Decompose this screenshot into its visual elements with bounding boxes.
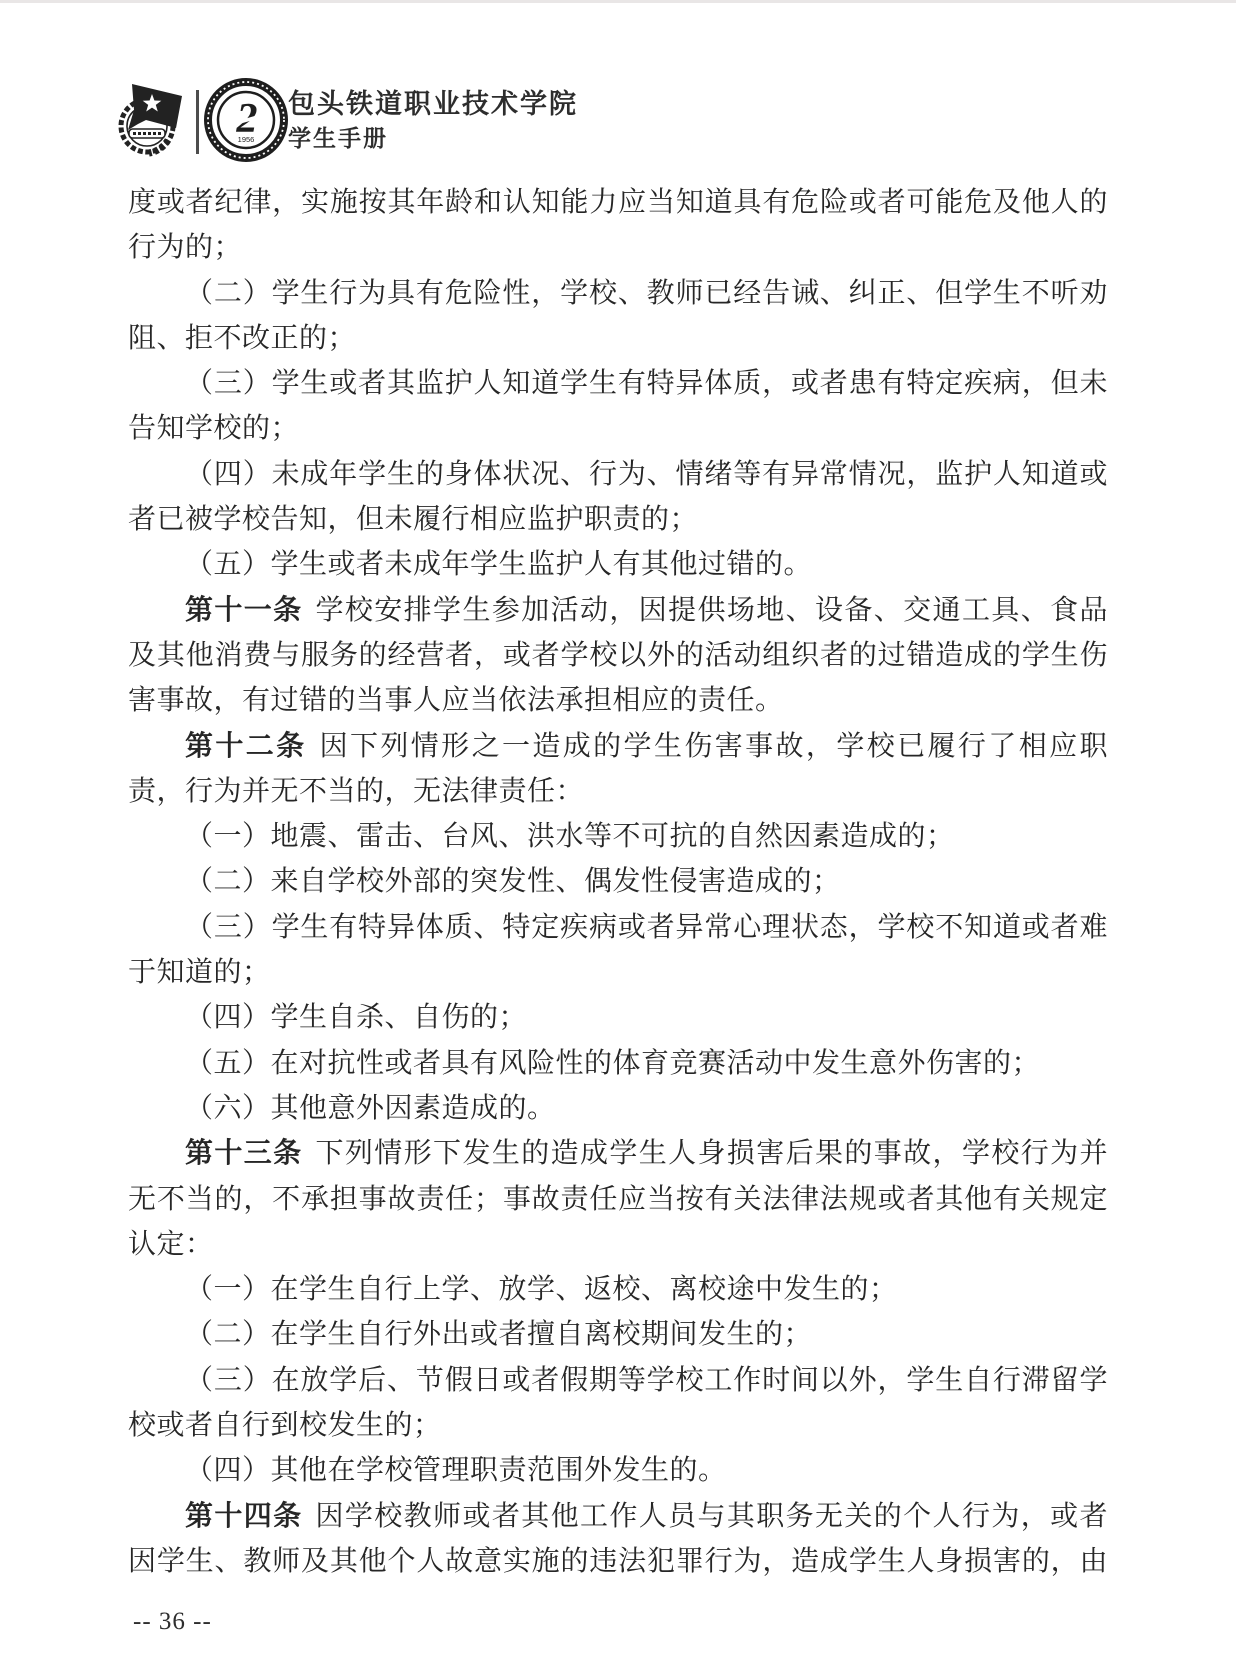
text-line: （三）在放学后、节假日或者假期等学校工作时间以外，学生自行滞留学	[128, 1358, 1108, 1403]
line-text: （四）学生自杀、自伤的；	[185, 1002, 527, 1033]
line-text: （二）在学生自行外出或者擅自离校期间发生的；	[185, 1319, 812, 1350]
line-text: 学校安排学生参加活动，因提供场地、设备、交通工具、食品	[316, 595, 1108, 626]
logo-year: 1956	[238, 135, 255, 144]
line-text: 害事故，有过错的当事人应当依法承担相应的责任。	[128, 685, 784, 716]
text-line: （一）地震、雷击、台风、洪水等不可抗的自然因素造成的；	[128, 814, 1108, 859]
line-text: （三）学生有特异体质、特定疾病或者异常心理状态，学校不知道或者难	[185, 912, 1108, 943]
text-line: （二）学生行为具有危险性，学校、教师已经告诫、纠正、但学生不听劝	[128, 271, 1108, 316]
text-line: （四）未成年学生的身体状况、行为、情绪等有异常情况，监护人知道或	[128, 452, 1108, 497]
page-number: -- 36 --	[133, 1608, 212, 1636]
handbook-page: 2 1956 包头铁道职业技术学院 学生手册 度或者纪律，实施按其年龄和认知能力…	[0, 0, 1236, 1670]
text-line: 无不当的，不承担事故责任；事故责任应当按有关法律法规或者其他有关规定	[128, 1177, 1108, 1222]
text-line: 第十三条下列情形下发生的造成学生人身损害后果的事故，学校行为并	[128, 1131, 1108, 1176]
line-text: 于知道的；	[128, 957, 271, 988]
handbook-title: 学生手册	[288, 124, 578, 152]
line-text: （四）未成年学生的身体状况、行为、情绪等有异常情况，监护人知道或	[185, 459, 1108, 490]
text-line: 第十四条因学校教师或者其他工作人员与其职务无关的个人行为，或者	[128, 1494, 1108, 1539]
line-text: （一）在学生自行上学、放学、返校、离校途中发生的；	[185, 1274, 898, 1305]
text-line: 告知学校的；	[128, 406, 1108, 451]
college-name: 包头铁道职业技术学院	[288, 88, 578, 120]
line-text: （一）地震、雷击、台风、洪水等不可抗的自然因素造成的；	[185, 821, 955, 852]
text-line: （六）其他意外因素造成的。	[128, 1086, 1108, 1131]
text-line: （三）学生有特异体质、特定疾病或者异常心理状态，学校不知道或者难	[128, 905, 1108, 950]
line-text: 因学校教师或者其他工作人员与其职务无关的个人行为，或者	[316, 1501, 1108, 1532]
line-text: （二）来自学校外部的突发性、偶发性侵害造成的；	[185, 866, 841, 897]
text-line: （五）在对抗性或者具有风险性的体育竞赛活动中发生意外伤害的；	[128, 1041, 1108, 1086]
text-line: （五）学生或者未成年学生监护人有其他过错的。	[128, 542, 1108, 587]
line-text: （五）学生或者未成年学生监护人有其他过错的。	[185, 549, 812, 580]
text-line: 第十一条学校安排学生参加活动，因提供场地、设备、交通工具、食品	[128, 588, 1108, 633]
clause-number: 第十一条	[185, 595, 303, 626]
text-line: 认定：	[128, 1222, 1108, 1267]
line-text: （五）在对抗性或者具有风险性的体育竞赛活动中发生意外伤害的；	[185, 1048, 1040, 1079]
line-text: 校或者自行到校发生的；	[128, 1410, 442, 1441]
line-text: 行为的；	[128, 232, 242, 263]
line-text: 度或者纪律，实施按其年龄和认知能力应当知道具有危险或者可能危及他人的	[128, 187, 1108, 218]
text-line: 第十二条因下列情形之一造成的学生伤害事故，学校已履行了相应职	[128, 724, 1108, 769]
line-text: 及其他消费与服务的经营者，或者学校以外的活动组织者的过错造成的学生伤	[128, 640, 1108, 671]
line-text: 责，行为并无不当的，无法律责任：	[128, 776, 584, 807]
line-text: （四）其他在学校管理职责范围外发生的。	[185, 1455, 727, 1486]
line-text: 认定：	[128, 1229, 214, 1260]
clause-number: 第十四条	[185, 1501, 303, 1532]
text-line: （二）在学生自行外出或者擅自离校期间发生的；	[128, 1312, 1108, 1357]
text-line: （三）学生或者其监护人知道学生有特异体质，或者患有特定疾病，但未	[128, 361, 1108, 406]
text-line: （一）在学生自行上学、放学、返校、离校途中发生的；	[128, 1267, 1108, 1312]
line-text: 无不当的，不承担事故责任；事故责任应当按有关法律法规或者其他有关规定	[128, 1184, 1108, 1215]
document-body: 度或者纪律，实施按其年龄和认知能力应当知道具有危险或者可能危及他人的 行为的； …	[128, 180, 1108, 1584]
text-line: 度或者纪律，实施按其年龄和认知能力应当知道具有危险或者可能危及他人的	[128, 180, 1108, 225]
header-titles: 包头铁道职业技术学院 学生手册	[288, 88, 578, 152]
line-text: 告知学校的；	[128, 413, 299, 444]
text-line: 责，行为并无不当的，无法律责任：	[128, 769, 1108, 814]
line-text: 因学生、教师及其他个人故意实施的违法犯罪行为，造成学生人身损害的，由	[128, 1546, 1108, 1577]
clause-number: 第十三条	[185, 1138, 303, 1169]
line-text: 者已被学校告知，但未履行相应监护职责的；	[128, 504, 698, 535]
text-line: 因学生、教师及其他个人故意实施的违法犯罪行为，造成学生人身损害的，由	[128, 1539, 1108, 1584]
line-text: （三）学生或者其监护人知道学生有特异体质，或者患有特定疾病，但未	[185, 368, 1108, 399]
text-line: （二）来自学校外部的突发性、偶发性侵害造成的；	[128, 859, 1108, 904]
line-text: （六）其他意外因素造成的。	[185, 1093, 556, 1124]
clause-number: 第十二条	[185, 731, 307, 762]
line-text: （二）学生行为具有危险性，学校、教师已经告诫、纠正、但学生不听劝	[185, 278, 1108, 309]
line-text: 因下列情形之一造成的学生伤害事故，学校已履行了相应职	[320, 731, 1108, 762]
college-seal-logo-icon: 2 1956	[204, 78, 288, 167]
text-line: （四）学生自杀、自伤的；	[128, 995, 1108, 1040]
text-line: 行为的；	[128, 225, 1108, 270]
text-line: 于知道的；	[128, 950, 1108, 995]
text-line: 害事故，有过错的当事人应当依法承担相应的责任。	[128, 678, 1108, 723]
line-text: 下列情形下发生的造成学生人身损害后果的事故，学校行为并	[316, 1138, 1108, 1169]
line-text: （三）在放学后、节假日或者假期等学校工作时间以外，学生自行滞留学	[185, 1365, 1108, 1396]
text-line: 者已被学校告知，但未履行相应监护职责的；	[128, 497, 1108, 542]
line-text: 阻、拒不改正的；	[128, 323, 356, 354]
header-divider	[196, 90, 199, 154]
youth-league-emblem-icon	[116, 80, 188, 163]
text-line: 及其他消费与服务的经营者，或者学校以外的活动组织者的过错造成的学生伤	[128, 633, 1108, 678]
text-line: 阻、拒不改正的；	[128, 316, 1108, 361]
text-line: 校或者自行到校发生的；	[128, 1403, 1108, 1448]
page-header: 2 1956 包头铁道职业技术学院 学生手册	[0, 0, 1236, 170]
text-line: （四）其他在学校管理职责范围外发生的。	[128, 1448, 1108, 1493]
